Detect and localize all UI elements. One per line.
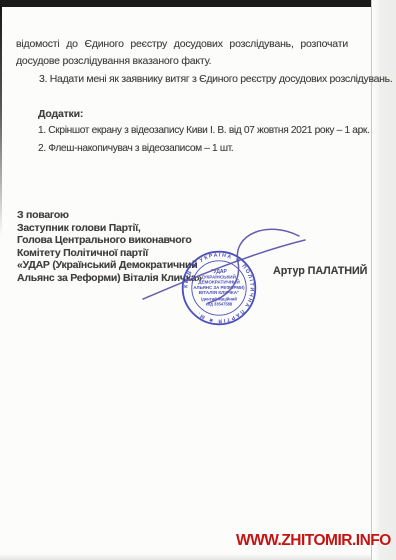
scan-left-edge bbox=[0, 6, 2, 236]
attachments-heading: Додатки: bbox=[38, 108, 83, 121]
attachment-item: 2. Флеш-накопичувач з відеозаписом – 1 ш… bbox=[38, 142, 233, 155]
scan-bottom-edge bbox=[0, 554, 371, 560]
attachment-item: 1. Скріншот екрану з відеозапису Киви І.… bbox=[38, 124, 369, 137]
scan-top-edge bbox=[0, 0, 371, 7]
handwritten-signature bbox=[128, 212, 318, 317]
site-watermark: WWW.ZHITOMIR.INFO bbox=[236, 532, 391, 550]
body-paragraph-numbered: 3. Надати мені як заявнику витяг з Єдино… bbox=[16, 71, 350, 88]
signature-stroke bbox=[143, 240, 305, 299]
body-paragraph: відомості до Єдиного реєстру досудових р… bbox=[16, 36, 348, 71]
document-page: відомості до Єдиного реєстру досудових р… bbox=[0, 0, 396, 560]
